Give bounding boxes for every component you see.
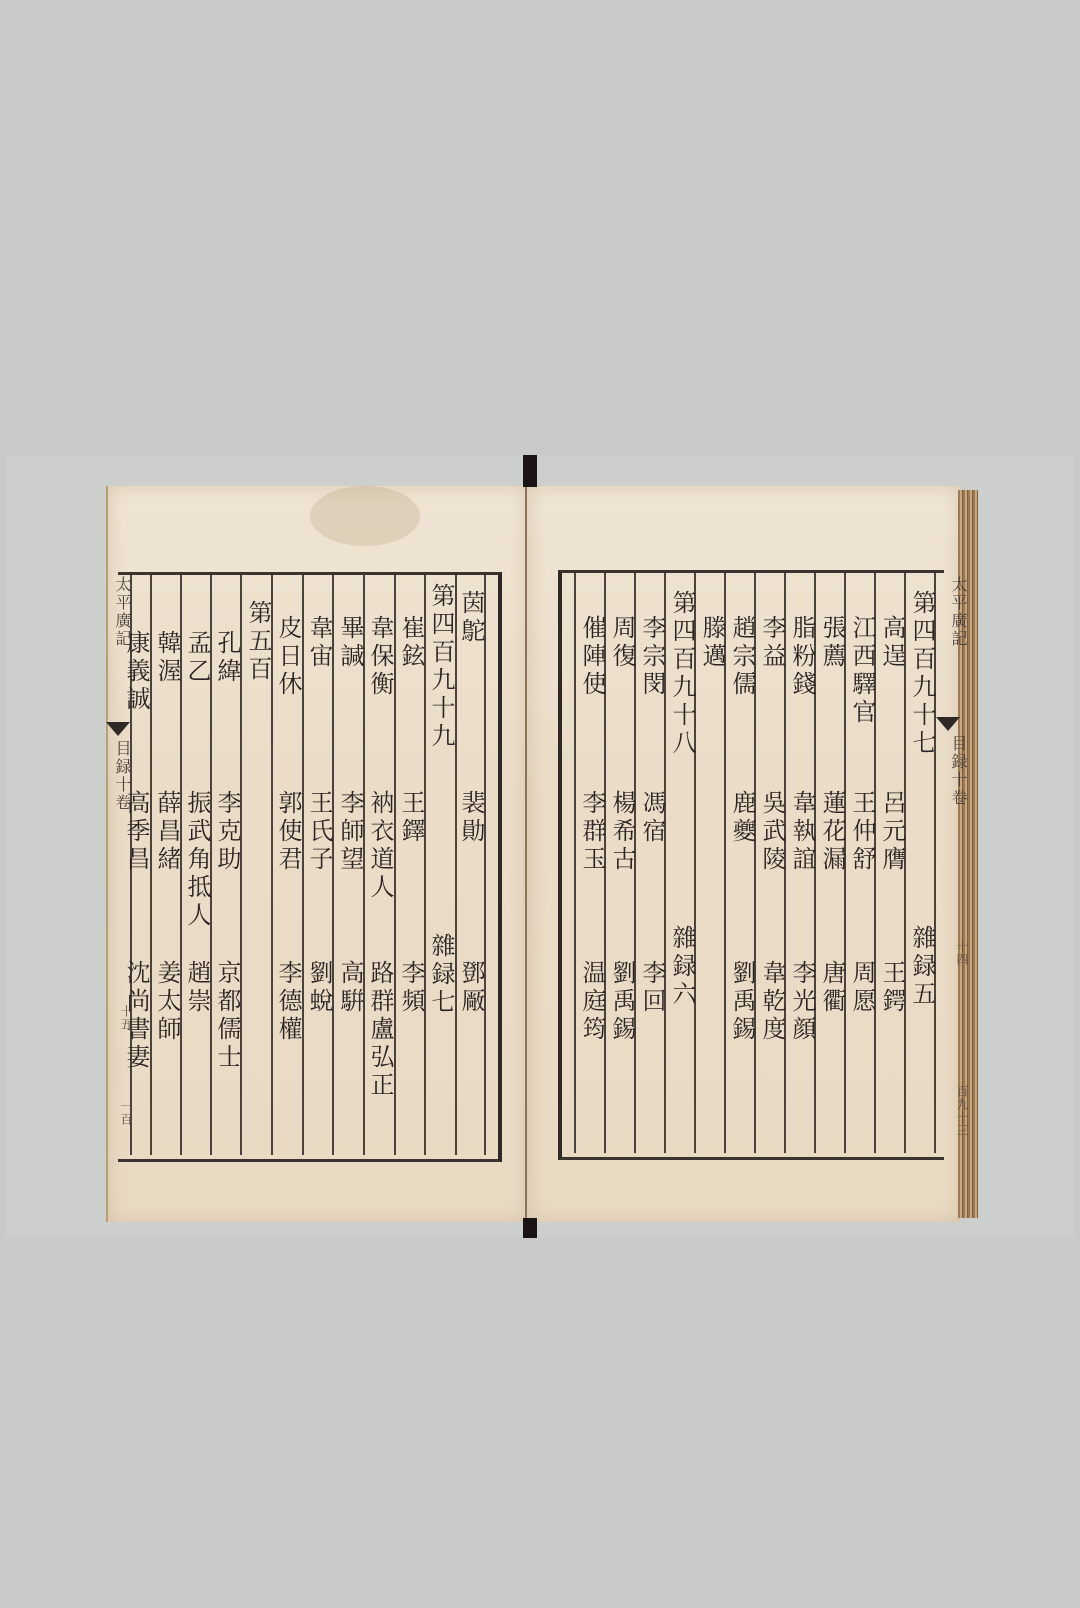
entry: 蓮花漏 [818, 790, 846, 874]
entry: 茵鴕 [457, 590, 485, 646]
entry: 高季昌 [122, 790, 150, 874]
entry: 滕邁 [698, 615, 726, 671]
entry: 王鍔 [878, 960, 906, 1016]
entry: 劉禹錫 [608, 960, 636, 1044]
column-rule [455, 575, 457, 1155]
entry: 李克助 [213, 790, 241, 874]
entry: 裴勛 [457, 790, 485, 846]
page-note: 一百 [112, 1100, 140, 1126]
entry: 孔緯 [213, 630, 241, 686]
chapter-heading: 第五百 [244, 600, 272, 684]
entry: 趙崇 [183, 960, 211, 1016]
entry: 沈尚書妻 [122, 960, 150, 1072]
entry: 康義誠 [122, 630, 150, 714]
entry: 馮宿 [638, 790, 666, 846]
entry: 李師望 [336, 790, 364, 874]
entry: 高逞 [878, 615, 906, 671]
entry: 李回 [638, 960, 666, 1016]
entry: 振武角抵人 [183, 790, 211, 930]
paper-stain [310, 486, 420, 546]
entry: 韋保衡 [366, 615, 394, 699]
entry: 呂元膺 [878, 790, 906, 874]
entry: 吳武陵 [758, 790, 786, 874]
chapter-heading: 第四百九十七 [908, 590, 936, 758]
entry: 催陣使 [578, 615, 606, 699]
entry: 王仲舒 [848, 790, 876, 874]
entry: 高騈 [336, 960, 364, 1016]
entry: 薛昌緒 [153, 790, 181, 874]
column-rule [302, 575, 304, 1155]
entry: 韋執誼 [788, 790, 816, 874]
entry: 李德權 [274, 960, 302, 1044]
chapter-subtitle: 雜録六 [668, 925, 696, 1009]
page-note: 百九十三 [948, 1085, 976, 1137]
entry: 李光顔 [788, 960, 816, 1044]
entry: 路群盧弘正 [366, 960, 394, 1100]
entry: 鄧厰 [457, 960, 485, 1016]
chapter-heading: 第四百九十八 [668, 590, 696, 758]
book-title: 太平廣記 [944, 576, 972, 648]
entry: 李頻 [397, 960, 425, 1016]
entry: 鹿夔 [728, 790, 756, 846]
column-rule [484, 575, 486, 1155]
spine [525, 486, 527, 1222]
entry: 王氏子 [305, 790, 333, 874]
entry: 周愿 [848, 960, 876, 1016]
chapter-heading: 第四百九十九 [427, 583, 455, 751]
entry: 畢諴 [336, 615, 364, 671]
gutter-top [523, 455, 537, 487]
chapter-subtitle: 雜録五 [908, 925, 936, 1009]
entry: 皮日休 [274, 615, 302, 699]
entry: 孟乙 [183, 630, 211, 686]
entry: 劉禹錫 [728, 960, 756, 1044]
entry: 李群玉 [578, 790, 606, 874]
fishtail-mark [106, 722, 130, 736]
entry: 趙宗儒 [728, 615, 756, 699]
section-title: 目録十卷 [944, 735, 972, 807]
entry: 姜太師 [153, 960, 181, 1044]
fishtail-mark [936, 717, 960, 731]
entry: 韓渥 [153, 630, 181, 686]
entry: 韋宙 [305, 615, 333, 671]
column-rule [394, 575, 396, 1155]
entry: 李益 [758, 615, 786, 671]
leaf-number: 十四 [948, 940, 976, 966]
entry: 唐衢 [818, 960, 846, 1016]
entry: 温庭筠 [578, 960, 606, 1044]
chapter-subtitle: 雜録七 [427, 933, 455, 1017]
entry: 張薦 [818, 615, 846, 671]
entry: 江西驛官 [848, 615, 876, 727]
entry: 周復 [608, 615, 636, 671]
entry: 脂粉錢 [788, 615, 816, 699]
entry: 崔鉉 [397, 615, 425, 671]
entry: 李宗閔 [638, 615, 666, 699]
entry: 京都儒士 [213, 960, 241, 1072]
entry: 王鐸 [397, 790, 425, 846]
column-rule [150, 575, 152, 1155]
entry: 韋乾度 [758, 960, 786, 1044]
column-rule [574, 573, 576, 1153]
entry: 劉蛻 [305, 960, 333, 1016]
entry: 衲衣道人 [366, 790, 394, 902]
entry: 楊希古 [608, 790, 636, 874]
entry: 郭使君 [274, 790, 302, 874]
gutter-bottom [523, 1218, 537, 1238]
